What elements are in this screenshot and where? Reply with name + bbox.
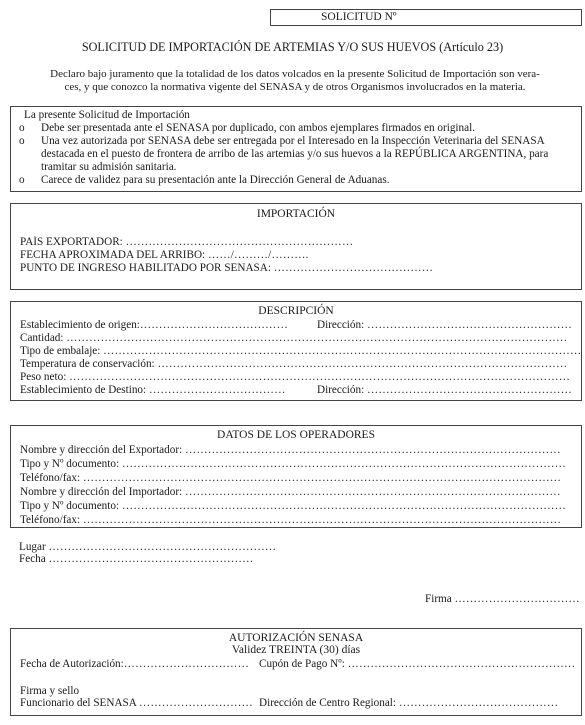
field-peso-neto[interactable]: Peso neto: ……………………………………………………………………………… bbox=[20, 371, 580, 384]
autorizacion-validez: Validez TREINTA (30) días bbox=[11, 644, 581, 657]
notes-intro: La presente Solicitud de Importación bbox=[24, 109, 190, 122]
field-exportador-nombre[interactable]: Nombre y dirección del Exportador: ……………… bbox=[20, 444, 580, 457]
field-exportador-documento[interactable]: Tipo y Nº documento: …………………………………………………… bbox=[20, 458, 580, 471]
notes-box: La presente Solicitud de Importación oDe… bbox=[10, 106, 582, 192]
solicitud-number-box: SOLICITUD Nº bbox=[270, 9, 582, 26]
declaration: Declaro bajo juramento que la totalidad … bbox=[20, 68, 570, 94]
field-funcionario[interactable]: Funcionario del SENASA ………………………… bbox=[20, 697, 260, 710]
document-title: SOLICITUD DE IMPORTACIÓN DE ARTEMIAS Y/O… bbox=[0, 40, 585, 54]
field-firma[interactable]: Firma …………………………… bbox=[425, 593, 585, 606]
solicitud-number-label: SOLICITUD Nº bbox=[321, 11, 396, 24]
field-cupon-pago[interactable]: Cupón de Pago Nº: …………………………………………………… bbox=[259, 658, 579, 671]
field-exportador-telefono[interactable]: Teléfono/fax: ……………………………………………………………………… bbox=[20, 472, 580, 485]
operadores-section: DATOS DE LOS OPERADORES Nombre y direcci… bbox=[10, 425, 582, 528]
field-importador-nombre[interactable]: Nombre y dirección del Importador: ……………… bbox=[20, 486, 580, 499]
field-punto-ingreso[interactable]: PUNTO DE INGRESO HABILITADO POR SENASA: … bbox=[20, 262, 580, 275]
field-cantidad[interactable]: Cantidad: ………………………………………………………………………………… bbox=[20, 332, 580, 345]
importacion-title: IMPORTACIÓN bbox=[11, 208, 581, 221]
declaration-line-2: ces, y que conozco la normativa vigente … bbox=[20, 81, 570, 94]
field-establecimiento-destino[interactable]: Establecimiento de Destino: ……………………………… bbox=[20, 384, 310, 397]
importacion-section: IMPORTACIÓN PAÍS EXPORTADOR: ……………………………… bbox=[10, 203, 582, 290]
bullet-circle-icon: o bbox=[19, 174, 25, 187]
descripcion-section: DESCRIPCIÓN Establecimiento de origen:……… bbox=[10, 301, 582, 401]
field-pais-exportador[interactable]: PAÍS EXPORTADOR: …………………………………………………… bbox=[20, 236, 580, 249]
field-fecha-arribo[interactable]: FECHA APROXIMADA DEL ARRIBO: ……/………/………. bbox=[20, 249, 580, 262]
field-fecha[interactable]: Fecha ……………………………………………… bbox=[19, 553, 259, 566]
field-centro-regional[interactable]: Dirección de Centro Regional: …………………………… bbox=[259, 697, 579, 710]
bullet-circle-icon: o bbox=[19, 122, 25, 135]
notes-list: oDebe ser presentada ante el SENASA por … bbox=[19, 122, 579, 187]
field-direccion-origen[interactable]: Dirección: ……………………………………………… bbox=[317, 319, 579, 332]
declaration-line-1: Declaro bajo juramento que la totalidad … bbox=[20, 68, 570, 81]
note-item: oDebe ser presentada ante el SENASA por … bbox=[19, 122, 579, 135]
note-item: oUna vez autorizada por SENASA debe ser … bbox=[19, 135, 579, 174]
field-importador-telefono[interactable]: Teléfono/fax: ……………………………………………………………………… bbox=[20, 514, 580, 527]
field-importador-documento[interactable]: Tipo y Nº documento: …………………………………………………… bbox=[20, 500, 580, 513]
field-direccion-destino[interactable]: Dirección: ……………………………………………… bbox=[317, 384, 579, 397]
field-tipo-embalaje[interactable]: Tipo de embalaje: …………………………………………………………… bbox=[20, 345, 580, 358]
bullet-circle-icon: o bbox=[19, 135, 25, 148]
field-establecimiento-origen[interactable]: Establecimiento de origen:………………………………… bbox=[20, 319, 310, 332]
autorizacion-section: AUTORIZACIÓN SENASA Validez TREINTA (30)… bbox=[10, 628, 582, 716]
field-fecha-autorizacion[interactable]: Fecha de Autorización:…………………………… bbox=[20, 658, 260, 671]
operadores-title: DATOS DE LOS OPERADORES bbox=[11, 429, 581, 442]
descripcion-title: DESCRIPCIÓN bbox=[11, 305, 581, 318]
note-item: oCarece de validez para su presentación … bbox=[19, 174, 579, 187]
field-temperatura[interactable]: Temperatura de conservación: ……………………………… bbox=[20, 358, 580, 371]
